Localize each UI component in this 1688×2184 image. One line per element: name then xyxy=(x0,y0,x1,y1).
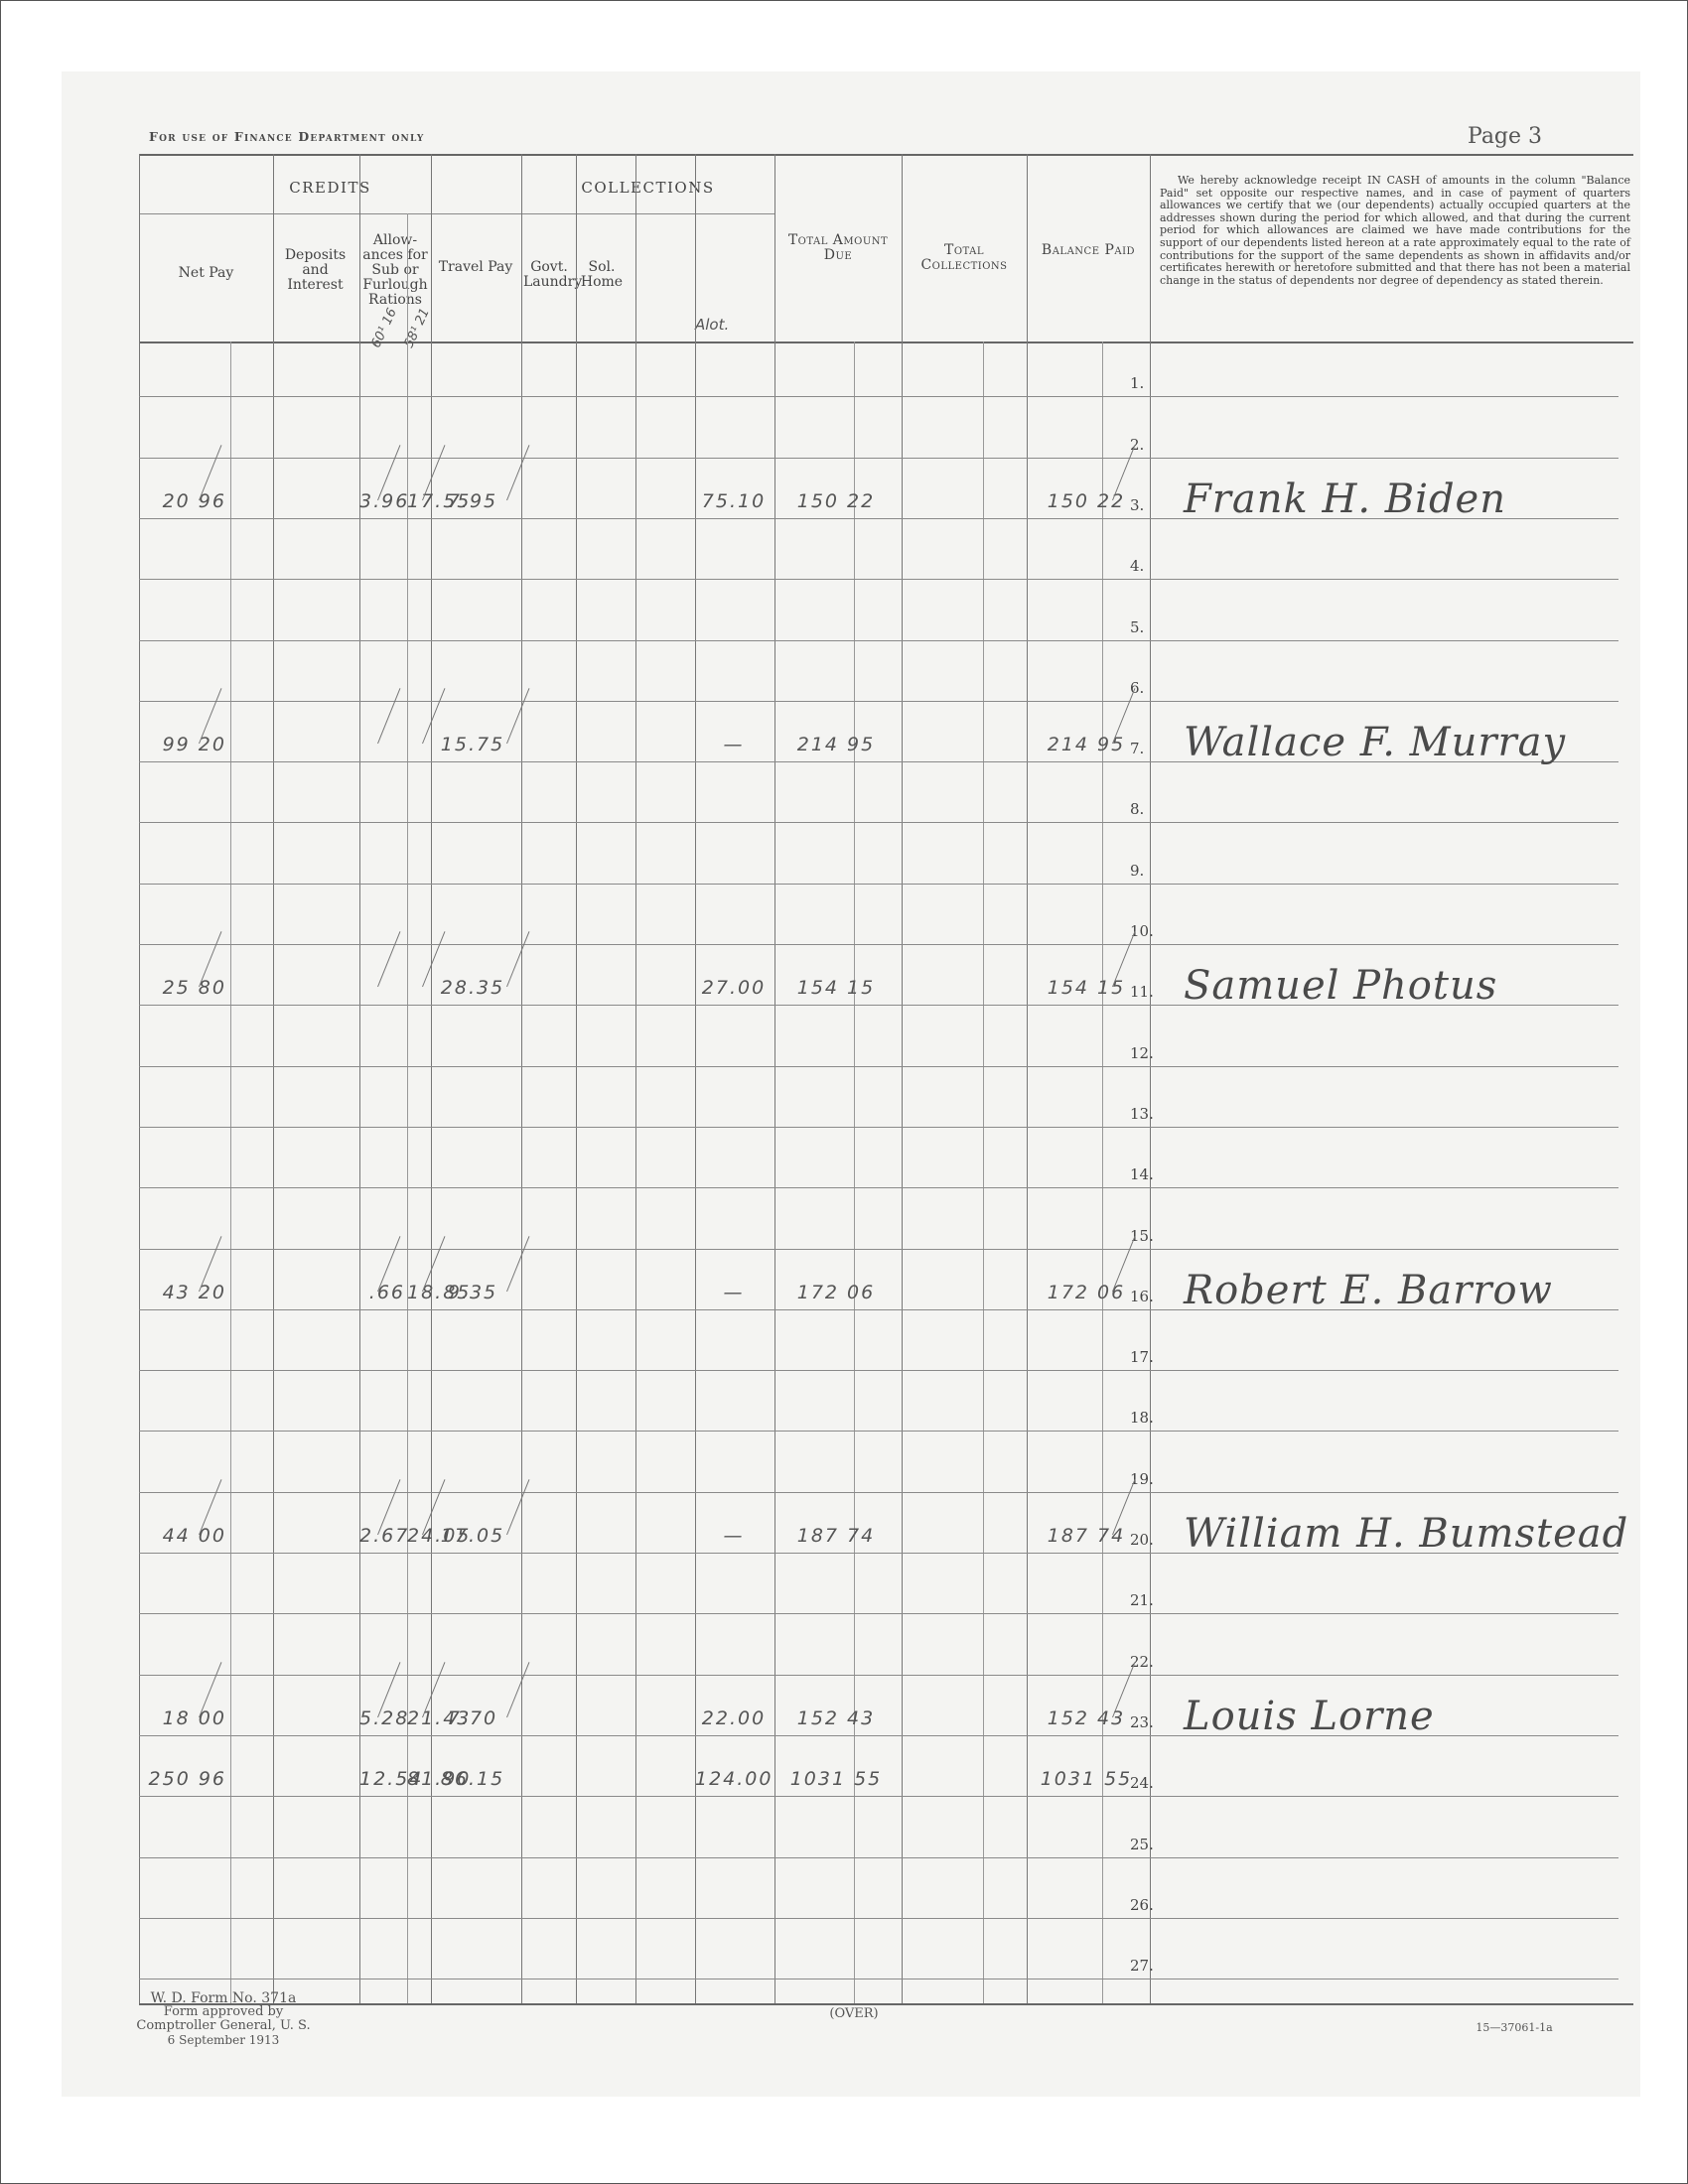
row-rule xyxy=(139,1918,1618,1919)
row-rule xyxy=(139,1492,1618,1493)
footer-rule xyxy=(139,2003,1633,2005)
row-number: 25. xyxy=(1130,1836,1154,1853)
column-divider xyxy=(983,341,984,2003)
signature: Frank H. Biden xyxy=(1184,477,1506,522)
allowance-b-value: 24.05 xyxy=(407,1525,431,1547)
column-divider xyxy=(902,341,903,2003)
row-number: 17. xyxy=(1130,1348,1154,1366)
col-total-collections: Total Collections xyxy=(902,243,1027,273)
balance-paid-value: 1031 55 xyxy=(1027,1768,1146,1790)
signature: William H. Bumstead xyxy=(1184,1511,1628,1557)
column-divider xyxy=(431,341,432,2003)
col-travel-pay: Travel Pay xyxy=(431,260,520,275)
row-number: 12. xyxy=(1130,1044,1154,1062)
collection-value: — xyxy=(695,734,773,755)
form-number: W. D. Form No. 371a xyxy=(99,1991,348,2005)
row-number: 26. xyxy=(1130,1896,1154,1914)
travel-pay-value: 86.15 xyxy=(433,1768,512,1790)
signature: Wallace F. Murray xyxy=(1184,720,1566,765)
header-column-divider xyxy=(576,154,577,341)
col-balance-paid: Balance Paid xyxy=(1027,243,1150,258)
form-approved-line-2: Comptroller General, U. S. xyxy=(99,2019,348,2033)
total-due-value: 172 06 xyxy=(774,1282,898,1303)
row-rule xyxy=(139,1127,1618,1128)
allowance-b-value: 18.85 xyxy=(407,1282,431,1303)
column-divider xyxy=(521,341,522,2003)
allowance-a-value: 12.54 xyxy=(359,1768,405,1790)
column-divider xyxy=(1027,341,1028,2003)
row-rule xyxy=(139,1370,1618,1371)
page-number: Page 3 xyxy=(1468,124,1542,149)
over-label: (OVER) xyxy=(794,2007,914,2021)
row-rule xyxy=(139,884,1618,885)
total-due-value: 1031 55 xyxy=(774,1768,898,1790)
column-divider xyxy=(1102,341,1103,2003)
allowance-split-divider xyxy=(407,213,408,341)
signature: Samuel Photus xyxy=(1184,963,1497,1009)
total-due-value: 152 43 xyxy=(774,1707,898,1729)
allowance-b-value: 17.55 xyxy=(407,490,431,512)
header-column-divider xyxy=(521,154,522,341)
row-number: 8. xyxy=(1130,800,1144,818)
row-rule xyxy=(139,396,1618,397)
row-number: 9. xyxy=(1130,862,1144,880)
balance-paid-value: 154 15 xyxy=(1027,977,1146,999)
collection-value: — xyxy=(695,1282,773,1303)
total-due-value: 214 95 xyxy=(774,734,898,755)
row-number: 18. xyxy=(1130,1409,1154,1427)
row-number: 27. xyxy=(1130,1957,1154,1975)
header-column-divider xyxy=(902,154,903,341)
column-divider xyxy=(774,341,775,2003)
travel-pay-value: 7.70 xyxy=(433,1707,512,1729)
row-rule xyxy=(139,1431,1618,1432)
net-pay-value: 18 00 xyxy=(139,1707,226,1729)
row-rule xyxy=(139,1249,1618,1250)
collections-group-header: COLLECTIONS xyxy=(521,179,774,197)
group-rule xyxy=(139,213,774,214)
acknowledgement-text: We hereby acknowledge receipt IN CASH of… xyxy=(1160,175,1630,287)
balance-paid-value: 150 22 xyxy=(1027,490,1146,512)
row-rule xyxy=(139,1979,1618,1979)
row-rule xyxy=(139,1066,1618,1067)
travel-pay-value: 7.95 xyxy=(433,490,512,512)
collection-value: 124.00 xyxy=(695,1768,773,1790)
column-divider xyxy=(695,341,696,2003)
column-divider xyxy=(854,341,855,2003)
column-divider xyxy=(635,341,636,2003)
total-due-value: 150 22 xyxy=(774,490,898,512)
top-rule xyxy=(139,154,1633,156)
signature: Robert E. Barrow xyxy=(1184,1268,1553,1313)
header-column-divider xyxy=(695,154,696,341)
collection-value: 27.00 xyxy=(695,977,773,999)
header-column-divider xyxy=(139,154,140,341)
form-approved-line-1: Form approved by xyxy=(99,2005,348,2019)
net-pay-value: 20 96 xyxy=(139,490,226,512)
credits-group-header: CREDITS xyxy=(139,179,521,197)
collection-value: 22.00 xyxy=(695,1707,773,1729)
balance-paid-value: 152 43 xyxy=(1027,1707,1146,1729)
allowance-a-value: .66 xyxy=(359,1282,405,1303)
net-pay-value: 44 00 xyxy=(139,1525,226,1547)
allowance-a-value: 3.96 xyxy=(359,490,405,512)
row-rule xyxy=(139,1857,1618,1858)
col-deposits: Deposits and Interest xyxy=(273,248,357,293)
row-rule xyxy=(139,579,1618,580)
col-total-amount-due: Total Amount Due xyxy=(774,233,902,263)
header-note: For use of Finance Department only xyxy=(149,129,425,144)
row-rule xyxy=(139,1675,1618,1676)
column-divider xyxy=(139,341,140,2003)
col-allowances: Allow- ances for Sub or Furlough Rations xyxy=(359,233,431,308)
balance-paid-value: 172 06 xyxy=(1027,1282,1146,1303)
row-number: 14. xyxy=(1130,1165,1154,1183)
column-divider xyxy=(359,341,360,2003)
col-govt-laundry: Govt. Laundry xyxy=(523,260,575,290)
row-rule xyxy=(139,1613,1618,1614)
net-pay-value: 99 20 xyxy=(139,734,226,755)
row-rule xyxy=(139,701,1618,702)
row-number: 13. xyxy=(1130,1105,1154,1123)
balance-paid-value: 214 95 xyxy=(1027,734,1146,755)
allowance-a-value: 2.67 xyxy=(359,1525,405,1547)
row-rule xyxy=(139,822,1618,823)
row-number: 1. xyxy=(1130,374,1144,392)
print-code: 15—37061-1a xyxy=(1440,2021,1589,2035)
row-number: 21. xyxy=(1130,1591,1154,1609)
row-rule xyxy=(139,1187,1618,1188)
net-pay-value: 43 20 xyxy=(139,1282,226,1303)
allowance-b-value: 81.90 xyxy=(407,1768,431,1790)
total-due-value: 154 15 xyxy=(774,977,898,999)
collection-value: — xyxy=(695,1525,773,1547)
col-net-pay: Net Pay xyxy=(139,266,273,281)
row-number: 4. xyxy=(1130,557,1144,575)
footer-form-info: W. D. Form No. 371a Form approved by Com… xyxy=(99,1991,348,2047)
header-column-divider xyxy=(273,154,274,341)
row-rule xyxy=(139,944,1618,945)
column-divider xyxy=(273,341,274,2003)
allowance-a-value: 5.28 xyxy=(359,1707,405,1729)
net-pay-value: 25 80 xyxy=(139,977,226,999)
column-divider xyxy=(407,341,408,2003)
travel-pay-value: 17.05 xyxy=(433,1525,512,1547)
row-rule xyxy=(139,458,1618,459)
header-column-divider xyxy=(635,154,636,341)
collection-value: 75.10 xyxy=(695,490,773,512)
travel-pay-value: 15.75 xyxy=(433,734,512,755)
header-bottom-rule xyxy=(139,341,1633,343)
travel-pay-value: 28.35 xyxy=(433,977,512,999)
form-paper xyxy=(62,71,1640,2097)
header-column-divider xyxy=(1027,154,1028,341)
net-pay-value: 250 96 xyxy=(139,1768,226,1790)
header-column-divider xyxy=(1150,154,1151,341)
total-due-value: 187 74 xyxy=(774,1525,898,1547)
travel-pay-value: 9.35 xyxy=(433,1282,512,1303)
column-divider xyxy=(576,341,577,2003)
header-column-divider xyxy=(431,154,432,341)
column-divider xyxy=(230,341,231,2003)
row-rule xyxy=(139,1796,1618,1797)
allowance-b-value: 21.43 xyxy=(407,1707,431,1729)
header-column-divider xyxy=(359,154,360,341)
handwritten-alot: Alot. xyxy=(695,316,729,334)
signature: Louis Lorne xyxy=(1184,1694,1435,1739)
row-rule xyxy=(139,640,1618,641)
form-approved-date: 6 September 1913 xyxy=(99,2033,348,2047)
header-column-divider xyxy=(774,154,775,341)
col-sol-home: Sol. Home xyxy=(576,260,628,290)
balance-paid-value: 187 74 xyxy=(1027,1525,1146,1547)
row-number: 5. xyxy=(1130,618,1144,636)
